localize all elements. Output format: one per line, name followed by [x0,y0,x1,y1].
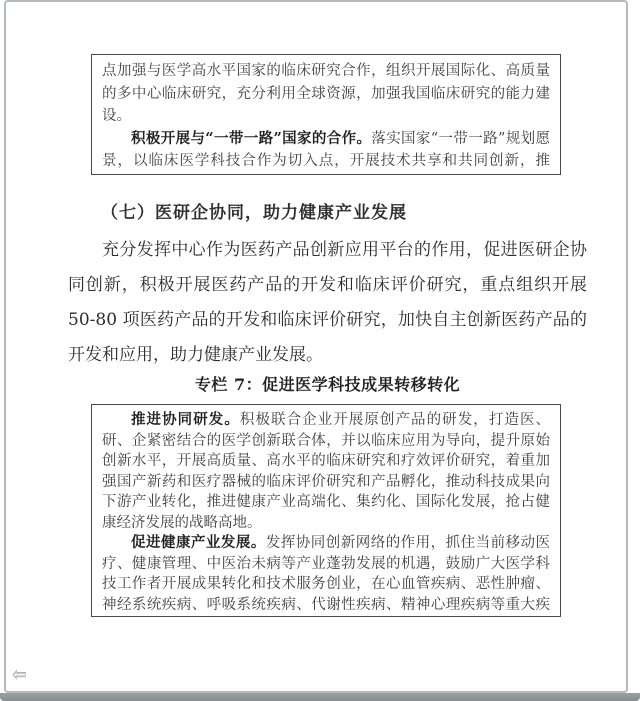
callout-box-international-cooperation: 点加强与医学高水平国家的临床研究合作，组织开展国际化、高质量的多中心临床研究，充… [91,54,561,175]
bottom-bar [0,693,640,701]
box-paragraph: 点加强与医学高水平国家的临床研究合作，组织开展国际化、高质量的多中心临床研究，充… [102,60,550,128]
body-paragraph: 充分发挥中心作为医药产品创新应用平台的作用，促进医研企协同创新，积极开展医药产品… [68,233,587,373]
callout-box-column7: 推进协同研发。积极联合企业开展原创产品的研发，打造医、研、企紧密结合的医学创新联… [91,404,561,617]
box-bold-lead: 促进健康产业发展。 [131,534,266,551]
box-paragraph: 推进协同研发。积极联合企业开展原创产品的研发，打造医、研、企紧密结合的医学创新联… [102,410,550,533]
box-body-text: 积极联合企业开展原创产品的研发，打造医、研、企紧密结合的医学创新联合体，并以临床… [102,412,550,531]
document-page-frame: 点加强与医学高水平国家的临床研究合作，组织开展国际化、高质量的多中心临床研究，充… [4,0,628,693]
box-paragraph: 积极开展与“一带一路”国家的合作。落实国家“一带一路”规划愿景，以临床医学科技合… [102,128,550,176]
section-heading: （七）医研企协同，助力健康产业发展 [101,198,407,223]
box-bold-lead: 推进协同研发。 [131,411,240,428]
column7-title: 专栏 7：促进医学科技成果转移转化 [68,372,587,395]
article-viewer-screen: 点加强与医学高水平国家的临床研究合作，组织开展国际化、高质量的多中心临床研究，充… [0,0,640,701]
box-continuation-text: 点加强与医学高水平国家的临床研究合作，组织开展国际化、高质量的多中心临床研究，充… [102,63,550,124]
back-arrow-icon[interactable]: ⇦ [12,667,27,685]
box-paragraph: 促进健康产业发展。发挥协同创新网络的作用，抓住当前移动医疗、健康管理、中医治未病… [102,533,550,617]
box-bold-lead: 积极开展与“一带一路”国家的合作。 [131,130,371,147]
